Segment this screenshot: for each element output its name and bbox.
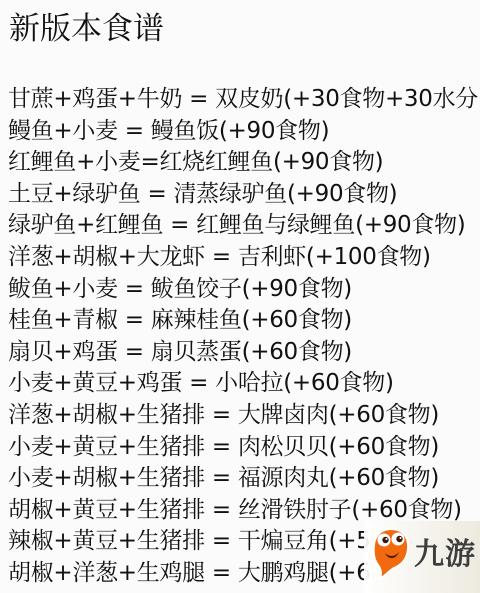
- watermark-text: 九游: [414, 537, 476, 573]
- recipe-item: 洋葱+胡椒+大龙虾 = 吉利虾(+100食物): [8, 242, 480, 274]
- recipe-document: 新版本食谱 甘蔗+鸡蛋+牛奶 = 双皮奶(+30食物+30水分) 鳗鱼+小麦 =…: [0, 0, 480, 593]
- recipe-item: 红鲤鱼+小麦=红烧红鲤鱼(+90食物): [8, 147, 480, 179]
- mascot-logo-icon: [372, 527, 410, 581]
- recipe-item: 洋葱+胡椒+生猪排 = 大牌卤肉(+60食物): [8, 400, 480, 432]
- page-title: 新版本食谱: [9, 9, 164, 49]
- recipe-item: 土豆+绿驴鱼 = 清蒸绿驴鱼(+90食物): [8, 179, 480, 211]
- recipe-item: 小麦+黄豆+生猪排 = 肉松贝贝(+60食物): [8, 432, 480, 464]
- recipe-item: 鲅鱼+小麦 = 鲅鱼饺子(+90食物): [8, 274, 480, 306]
- recipe-item: 桂鱼+青椒 = 麻辣桂鱼(+60食物): [8, 305, 480, 337]
- recipe-item: 绿驴鱼+红鲤鱼 = 红鲤鱼与绿鲤鱼(+90食物): [8, 210, 480, 242]
- recipe-item: 甘蔗+鸡蛋+牛奶 = 双皮奶(+30食物+30水分): [8, 84, 480, 116]
- recipe-list: 甘蔗+鸡蛋+牛奶 = 双皮奶(+30食物+30水分) 鳗鱼+小麦 = 鳗鱼饭(+…: [8, 84, 480, 590]
- watermark: 九游: [364, 521, 480, 593]
- recipe-item: 小麦+胡椒+生猪排 = 福源肉丸(+60食物): [8, 463, 480, 495]
- recipe-item: 扇贝+鸡蛋 = 扇贝蒸蛋(+60食物): [8, 337, 480, 369]
- recipe-item: 鳗鱼+小麦 = 鳗鱼饭(+90食物): [8, 116, 480, 148]
- recipe-item: 小麦+黄豆+鸡蛋 = 小哈拉(+60食物): [8, 368, 480, 400]
